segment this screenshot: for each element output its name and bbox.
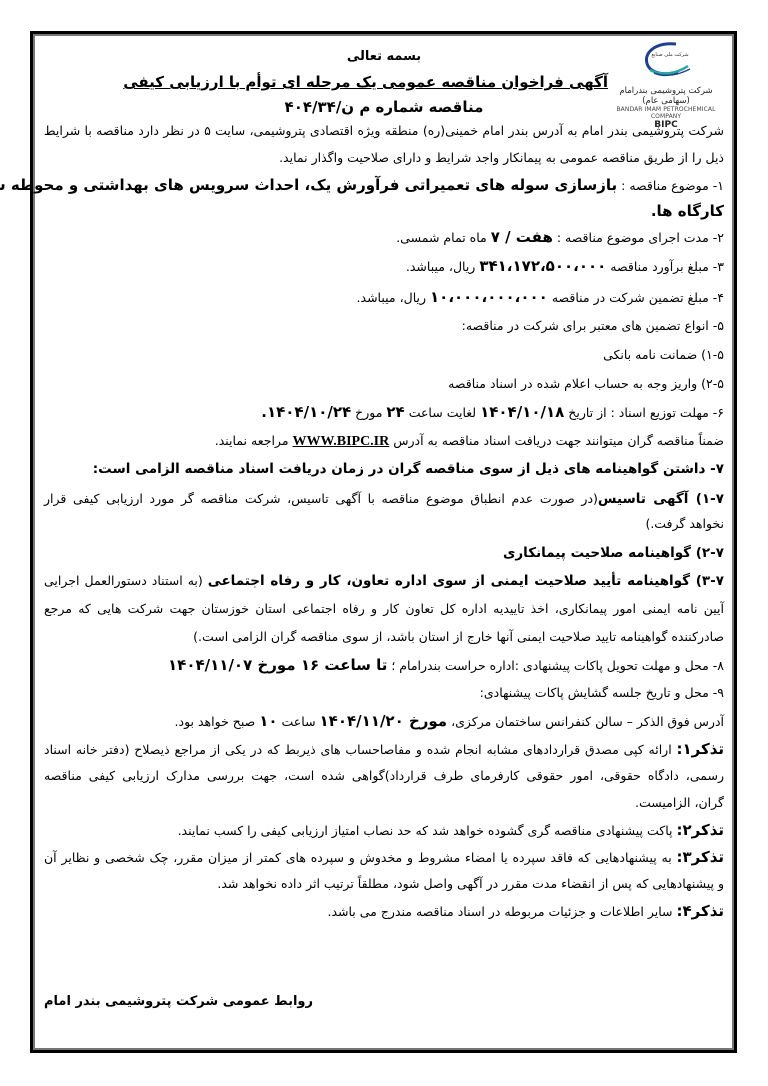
item-7-3-line-2: آیین نامه ایمنی امور پیمانکاری، اخذ تایی… <box>44 600 724 618</box>
item-6-mid: لغایت ساعت <box>409 405 476 420</box>
item-2-suffix: ماه تمام شمسی. <box>396 230 487 245</box>
note-2-label: تذکر۲: <box>676 821 724 839</box>
note-3-text: به پیشنهادهایی که فاقد سپرده یا امضاء مش… <box>44 850 672 865</box>
item-3-value: ۳۴۱،۱۷۲،۵۰۰،۰۰۰ <box>479 257 606 275</box>
item-4-suffix: ریال، میباشد. <box>357 290 426 305</box>
item-4-value: ۱۰،۰۰۰،۰۰۰،۰۰۰ <box>430 288 548 306</box>
item-5-label: ۵- انواع تضمین های معتبر برای شرکت در من… <box>44 317 724 335</box>
item-3-label: ۳- مبلغ برآورد مناقصه <box>610 259 724 274</box>
note-4-label: تذکر۴: <box>676 902 724 920</box>
item-7-1-text: (در صورت عدم انطباق موضوع مناقصه با آگهی… <box>44 491 598 506</box>
note-3: تذکر۳: به پیشنهادهایی که فاقد سپرده یا ا… <box>44 848 724 867</box>
item-7-label: ۷- داشتن گواهینامه های ذیل از سوی مناقصه… <box>44 460 724 478</box>
item-9-location: آدرس فوق الذکر – سالن کنفرانس ساختمان مر… <box>451 714 724 729</box>
signature: روابط عمومی شرکت پتروشیمی بندر امام <box>44 993 344 1011</box>
item-7-1: ۱-۷) آگهی تاسیس(در صورت عدم انطباق موضوع… <box>44 490 724 508</box>
item-2-label: ۲- مدت اجرای موضوع مناقصه : <box>557 230 724 245</box>
note-1-line-2: رسمی، دادگاه حقوقی، امور حقوقی کارفرمای … <box>44 767 724 785</box>
item-6-to-date: ۱۴۰۴/۱۰/۲۴. <box>261 403 351 421</box>
note-2-text: پاکت پیشنهادی مناقصه گری گشوده خواهد شد … <box>178 823 673 838</box>
item-1-value-cont: کارگاه ها. <box>44 202 724 220</box>
item-7-1-cont: نخواهد گرفت.) <box>44 515 724 533</box>
item-6-note: ضمناً مناقصه گران میتوانند جهت دریافت اس… <box>44 432 724 451</box>
page-title: آگهی فراخوان مناقصه عمومی یک مرحله ای تو… <box>160 73 608 91</box>
bipc-website-link[interactable]: WWW.BIPC.IR <box>293 434 390 449</box>
bipc-logo-icon: شرکت ملی صنایع <box>636 40 696 80</box>
item-7-2: ۲-۷) گواهینامه صلاحیت پیمانکاری <box>44 544 724 562</box>
item-9-details: آدرس فوق الذکر – سالن کنفرانس ساختمان مر… <box>44 712 724 731</box>
note-3-line-2: و پیشنهادهایی که پس از انقضاء مدت مقرر د… <box>44 875 724 893</box>
note-4: تذکر۴: سایر اطلاعات و جزئیات مربوطه در ا… <box>44 902 724 921</box>
note-1-text: ارائه کپی مصدق قراردادهای مشابه انجام شد… <box>44 742 672 757</box>
item-6-label: ۶- مهلت توزیع اسناد : از تاریخ <box>568 405 724 420</box>
item-6-note-a: ضمناً مناقصه گران میتوانند جهت دریافت اس… <box>393 433 724 448</box>
item-5-2: ۲-۵) واریز وجه به حساب اعلام شده در اسنا… <box>44 375 724 393</box>
note-1: تذکر۱: ارائه کپی مصدق قراردادهای مشابه ا… <box>44 740 724 759</box>
item-6: ۶- مهلت توزیع اسناد : از تاریخ ۱۴۰۴/۱۰/۱… <box>44 403 724 422</box>
item-7-3: ۳-۷) گواهینامه تأیید صلاحیت ایمنی از سوی… <box>44 572 724 590</box>
item-3: ۳- مبلغ برآورد مناقصه ۳۴۱،۱۷۲،۵۰۰،۰۰۰ ری… <box>44 257 724 276</box>
logo-company-en: BANDAR IMAM PETROCHEMICAL COMPANY <box>607 106 725 120</box>
note-1-line-3: گران، الزامیست. <box>44 794 724 812</box>
tender-number: مناقصه شماره م ن/۴۰۴/۳۴ <box>160 98 608 116</box>
note-1-label: تذکر۱: <box>676 740 724 758</box>
item-2-value: هفت / ۷ <box>491 228 553 246</box>
svg-text:شرکت ملی صنایع: شرکت ملی صنایع <box>651 52 688 58</box>
intro-line-2: ذیل را از طریق مناقصه عمومی به پیمانکار … <box>44 149 724 167</box>
logo-company-fa: شرکت پتروشیمی بندرامام (سهامی عام) <box>607 86 725 106</box>
note-4-text: سایر اطلاعات و جزئیات مربوطه در اسناد من… <box>327 904 672 919</box>
item-7-3-text: (به استناد دستورالعمل اجرایی <box>44 573 203 588</box>
item-2: ۲- مدت اجرای موضوع مناقصه : هفت / ۷ ماه … <box>44 228 724 247</box>
item-6-note-b: مراجعه نمایند. <box>215 433 289 448</box>
item-1-value: بازسازی سوله های تعمیراتی فرآورش یک، احد… <box>0 176 617 194</box>
item-8-value: تا ساعت ۱۶ مورخ ۱۴۰۴/۱۱/۰۷ <box>168 656 387 674</box>
company-logo: شرکت ملی صنایع شرکت پتروشیمی بندرامام (س… <box>607 40 725 128</box>
item-5-1: ۱-۵) ضمانت نامه بانکی <box>44 346 724 364</box>
item-6-hour: ۲۴ <box>386 403 404 421</box>
item-9-date: مورخ ۱۴۰۴/۱۱/۲۰ <box>320 712 448 730</box>
item-7-1-bold: ۱-۷) آگهی تاسیس <box>598 491 724 507</box>
item-3-suffix: ریال، میباشد. <box>406 259 475 274</box>
item-9-suffix: صبح خواهد بود. <box>175 714 256 729</box>
bismillah: بسمه تعالی <box>160 48 608 66</box>
item-9-label: ۹- محل و تاریخ جلسه گشایش پاکات پیشنهادی… <box>44 684 724 702</box>
item-8-label: ۸- محل و مهلت تحویل پاکات پیشنهادی :ادار… <box>391 658 724 673</box>
note-2: تذکر۲: پاکت پیشنهادی مناقصه گری گشوده خو… <box>44 821 724 840</box>
item-9-hour: ۱۰ <box>259 712 277 730</box>
item-7-3-bold: ۳-۷) گواهینامه تأیید صلاحیت ایمنی از سوی… <box>208 573 724 589</box>
item-8: ۸- محل و مهلت تحویل پاکات پیشنهادی :ادار… <box>44 656 724 675</box>
item-4-label: ۴- مبلغ تضمین شرکت در مناقصه <box>552 290 724 305</box>
item-1-label: ۱- موضوع مناقصه : <box>621 178 724 193</box>
item-6-from-date: ۱۴۰۴/۱۰/۱۸ <box>480 403 564 421</box>
intro-line-1: شرکت پتروشیمی بندر امام به آدرس بندر اما… <box>44 122 724 140</box>
item-1: ۱- موضوع مناقصه : بازسازی سوله های تعمیر… <box>44 176 724 195</box>
item-9-hour-label: ساعت <box>282 714 316 729</box>
item-4: ۴- مبلغ تضمین شرکت در مناقصه ۱۰،۰۰۰،۰۰۰،… <box>44 288 724 307</box>
item-6-mid2: مورخ <box>355 405 382 420</box>
note-3-label: تذکر۳: <box>676 848 724 866</box>
item-7-3-line-3: صادرکننده گواهینامه تایید صلاحیت ایمنی آ… <box>44 628 724 646</box>
